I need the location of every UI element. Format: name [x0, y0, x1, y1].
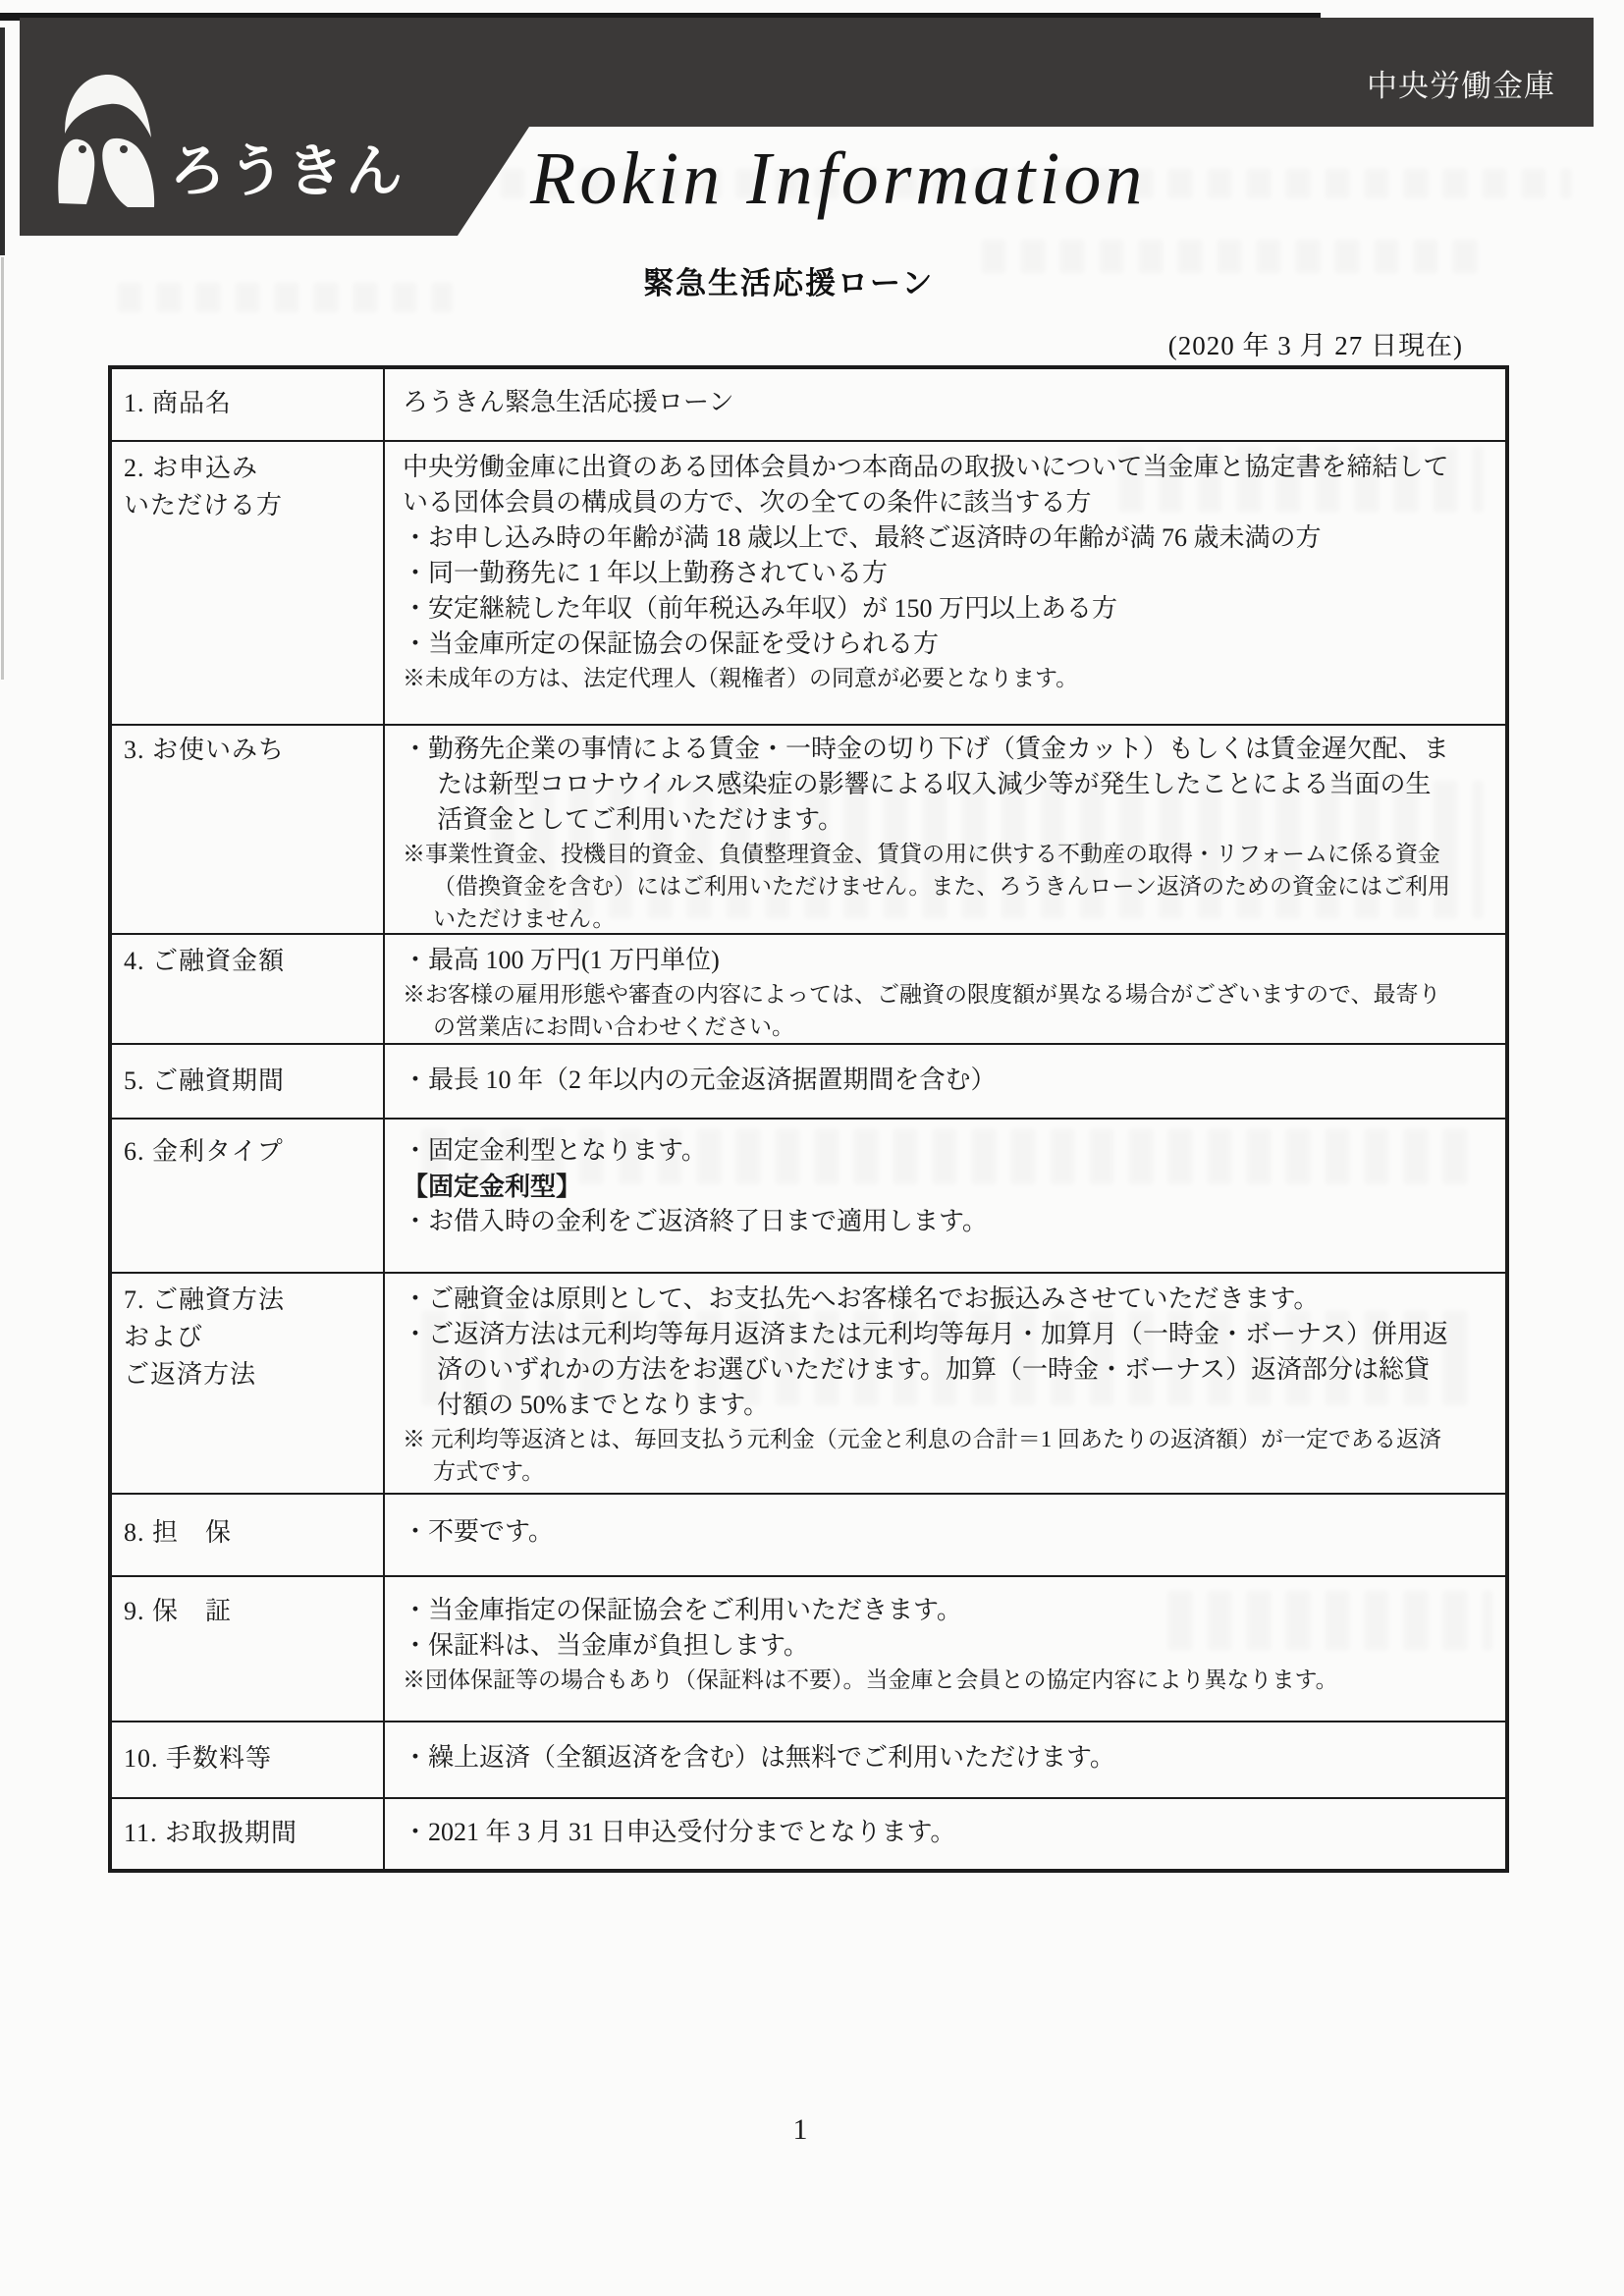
row-label-text: 11. お取扱期間: [124, 1815, 377, 1852]
date-note: (2020 年 3 月 27 日現在): [982, 324, 1463, 362]
table-row-guarantee: 9. 保 証 ・当金庫指定の保証協会をご利用いただきます。 ・保証料は、当金庫が…: [112, 1575, 1505, 1721]
row-content: ・当金庫指定の保証協会をご利用いただきます。 ・保証料は、当金庫が負担します。 …: [385, 1577, 1505, 1721]
bullet-item: ・同一勤務先に 1 年以上勤務されている方: [403, 556, 1452, 591]
banner-title: Rokin Information: [530, 141, 1146, 216]
row-label-text: ご返済方法: [124, 1356, 377, 1394]
row-label: 6. 金利タイプ: [112, 1120, 385, 1272]
rate-type-heading: 【固定金利型】: [403, 1169, 1452, 1204]
row-label-text: および: [124, 1319, 377, 1356]
logo-bird-right-eye: [120, 145, 128, 153]
row-label-text: 2. お申込み: [124, 450, 377, 487]
row-label: 7. ご融資方法 および ご返済方法: [112, 1274, 385, 1493]
row-label: 11. お取扱期間: [112, 1799, 385, 1869]
row-label-text: 4. ご融資金額: [124, 943, 377, 980]
row-label-text: 10. 手数料等: [124, 1740, 377, 1777]
bullet-item: ・ご融資金は原則として、お支払先へお客様名でお振込みさせていただきます。: [403, 1282, 1452, 1317]
table-row-product-name: 1. 商品名 ろうきん緊急生活応援ローン: [112, 369, 1505, 440]
product-table: 1. 商品名 ろうきん緊急生活応援ローン 2. お申込み いただける方 中央労働…: [108, 365, 1509, 1873]
row-label-text: 1. 商品名: [124, 385, 377, 422]
row-content: ろうきん緊急生活応援ローン: [385, 369, 1505, 440]
row-content: ・固定金利型となります。 【固定金利型】 ・お借入時の金利をご返済終了日まで適用…: [385, 1120, 1505, 1272]
row-label: 1. 商品名: [112, 369, 385, 440]
row-label-text: 8. 担 保: [124, 1514, 377, 1552]
note-text: ※事業性資金、投機目的資金、負債整理資金、賃貸の用に供する不動産の取得・リフォー…: [403, 838, 1452, 933]
table-row-eligibility: 2. お申込み いただける方 中央労働金庫に出資のある団体会員かつ本商品の取扱い…: [112, 440, 1505, 724]
bullet-item: ・ご返済方法は元利均等毎月返済または元利均等毎月・加算月（一時金・ボーナス）併用…: [403, 1317, 1452, 1423]
row-label: 8. 担 保: [112, 1495, 385, 1575]
bullet-item: ・お借入時の金利をご返済終了日まで適用します。: [403, 1204, 1452, 1239]
table-row-collateral: 8. 担 保 ・不要です。: [112, 1493, 1505, 1575]
bullet-item: ・不要です。: [403, 1514, 1452, 1550]
table-row-loan-term: 5. ご融資期間 ・最長 10 年（2 年以内の元金返済据置期間を含む）: [112, 1043, 1505, 1118]
row-content: ・最長 10 年（2 年以内の元金返済据置期間を含む）: [385, 1045, 1505, 1118]
row-label-text: 6. 金利タイプ: [124, 1133, 377, 1171]
row-label: 10. 手数料等: [112, 1722, 385, 1797]
page-number: 1: [766, 2113, 835, 2147]
row-label-text: いただける方: [124, 487, 377, 524]
org-name: 中央労働金庫: [1367, 71, 1555, 101]
table-row-fees: 10. 手数料等 ・繰上返済（全額返済を含む）は無料でご利用いただけます。: [112, 1721, 1505, 1797]
bullet-item: ・当金庫所定の保証協会の保証を受けられる方: [403, 627, 1452, 662]
bullet-item: ・固定金利型となります。: [403, 1133, 1452, 1169]
intro-text: 中央労働金庫に出資のある団体会員かつ本商品の取扱いについて当金庫と協定書を締結し…: [403, 450, 1452, 520]
row-content: ・2021 年 3 月 31 日申込受付分までとなります。: [385, 1799, 1505, 1869]
row-content: 中央労働金庫に出資のある団体会員かつ本商品の取扱いについて当金庫と協定書を締結し…: [385, 442, 1505, 724]
bullet-item: ・保証料は、当金庫が負担します。: [403, 1628, 1452, 1664]
row-content: ・最高 100 万円(1 万円単位) ※お客様の雇用形態や審査の内容によっては、…: [385, 935, 1505, 1043]
row-label: 3. お使いみち: [112, 726, 385, 933]
row-content: ・勤務先企業の事情による賃金・一時金の切り下げ（賃金カット）もしくは賃金遅欠配、…: [385, 726, 1505, 933]
row-label-text: 5. ご融資期間: [124, 1063, 377, 1100]
row-label: 5. ご融資期間: [112, 1045, 385, 1118]
table-row-rate-type: 6. 金利タイプ ・固定金利型となります。 【固定金利型】 ・お借入時の金利をご…: [112, 1118, 1505, 1272]
bullet-item: ・安定継続した年収（前年税込み年収）が 150 万円以上ある方: [403, 591, 1452, 627]
bullet-item: ・最高 100 万円(1 万円単位): [403, 943, 1452, 978]
logo-bird-left-eye: [79, 145, 86, 153]
note-text: ※団体保証等の場合もあり（保証料は不要）。当金庫と会員との協定内容により異なりま…: [403, 1664, 1452, 1696]
bullet-item: ・繰上返済（全額返済を含む）は無料でご利用いただけます。: [403, 1740, 1452, 1776]
scan-artifact-left-line-faint: [1, 257, 4, 680]
table-row-loan-amount: 4. ご融資金額 ・最高 100 万円(1 万円単位) ※お客様の雇用形態や審査…: [112, 933, 1505, 1043]
row-label-text: 7. ご融資方法: [124, 1282, 377, 1319]
note-text: ※ 元利均等返済とは、毎回支払う元利金（元金と利息の合計＝1 回あたりの返済額）…: [403, 1423, 1452, 1488]
row-content: ・不要です。: [385, 1495, 1505, 1575]
table-row-handling-period: 11. お取扱期間 ・2021 年 3 月 31 日申込受付分までとなります。: [112, 1797, 1505, 1869]
note-text: ※未成年の方は、法定代理人（親権者）の同意が必要となります。: [403, 662, 1452, 694]
table-row-repayment-method: 7. ご融資方法 および ご返済方法 ・ご融資金は原則として、お支払先へお客様名…: [112, 1272, 1505, 1493]
row-label: 4. ご融資金額: [112, 935, 385, 1043]
note-text: ※お客様の雇用形態や審査の内容によっては、ご融資の限度額が異なる場合がございます…: [403, 978, 1452, 1043]
page-title: 緊急生活応援ローン: [643, 267, 934, 301]
logo-wordmark: ろうきん: [169, 143, 405, 200]
bullet-item: ・お申し込み時の年齢が満 18 歳以上で、最終ご返済時の年齢が満 76 歳未満の…: [403, 520, 1452, 556]
bullet-item: ・当金庫指定の保証協会をご利用いただきます。: [403, 1593, 1452, 1628]
row-label: 2. お申込み いただける方: [112, 442, 385, 724]
row-content: ・繰上返済（全額返済を含む）は無料でご利用いただけます。: [385, 1722, 1505, 1797]
row-content: ・ご融資金は原則として、お支払先へお客様名でお振込みさせていただきます。 ・ご返…: [385, 1274, 1505, 1493]
row-label-text: 3. お使いみち: [124, 732, 377, 769]
table-row-purpose: 3. お使いみち ・勤務先企業の事情による賃金・一時金の切り下げ（賃金カット）も…: [112, 724, 1505, 933]
row-label-text: 9. 保 証: [124, 1593, 377, 1630]
content-text: ろうきん緊急生活応援ローン: [403, 385, 1452, 420]
row-label: 9. 保 証: [112, 1577, 385, 1721]
bleed-through-artifact: [118, 283, 452, 312]
bullet-item: ・勤務先企業の事情による賃金・一時金の切り下げ（賃金カット）もしくは賃金遅欠配、…: [403, 732, 1452, 838]
bullet-item: ・2021 年 3 月 31 日申込受付分までとなります。: [403, 1815, 1452, 1850]
bullet-item: ・最長 10 年（2 年以内の元金返済据置期間を含む）: [403, 1063, 1452, 1098]
scanned-document-page: ろうきん 中央労働金庫 Rokin Information 緊急生活応援ローン …: [0, 0, 1624, 2296]
